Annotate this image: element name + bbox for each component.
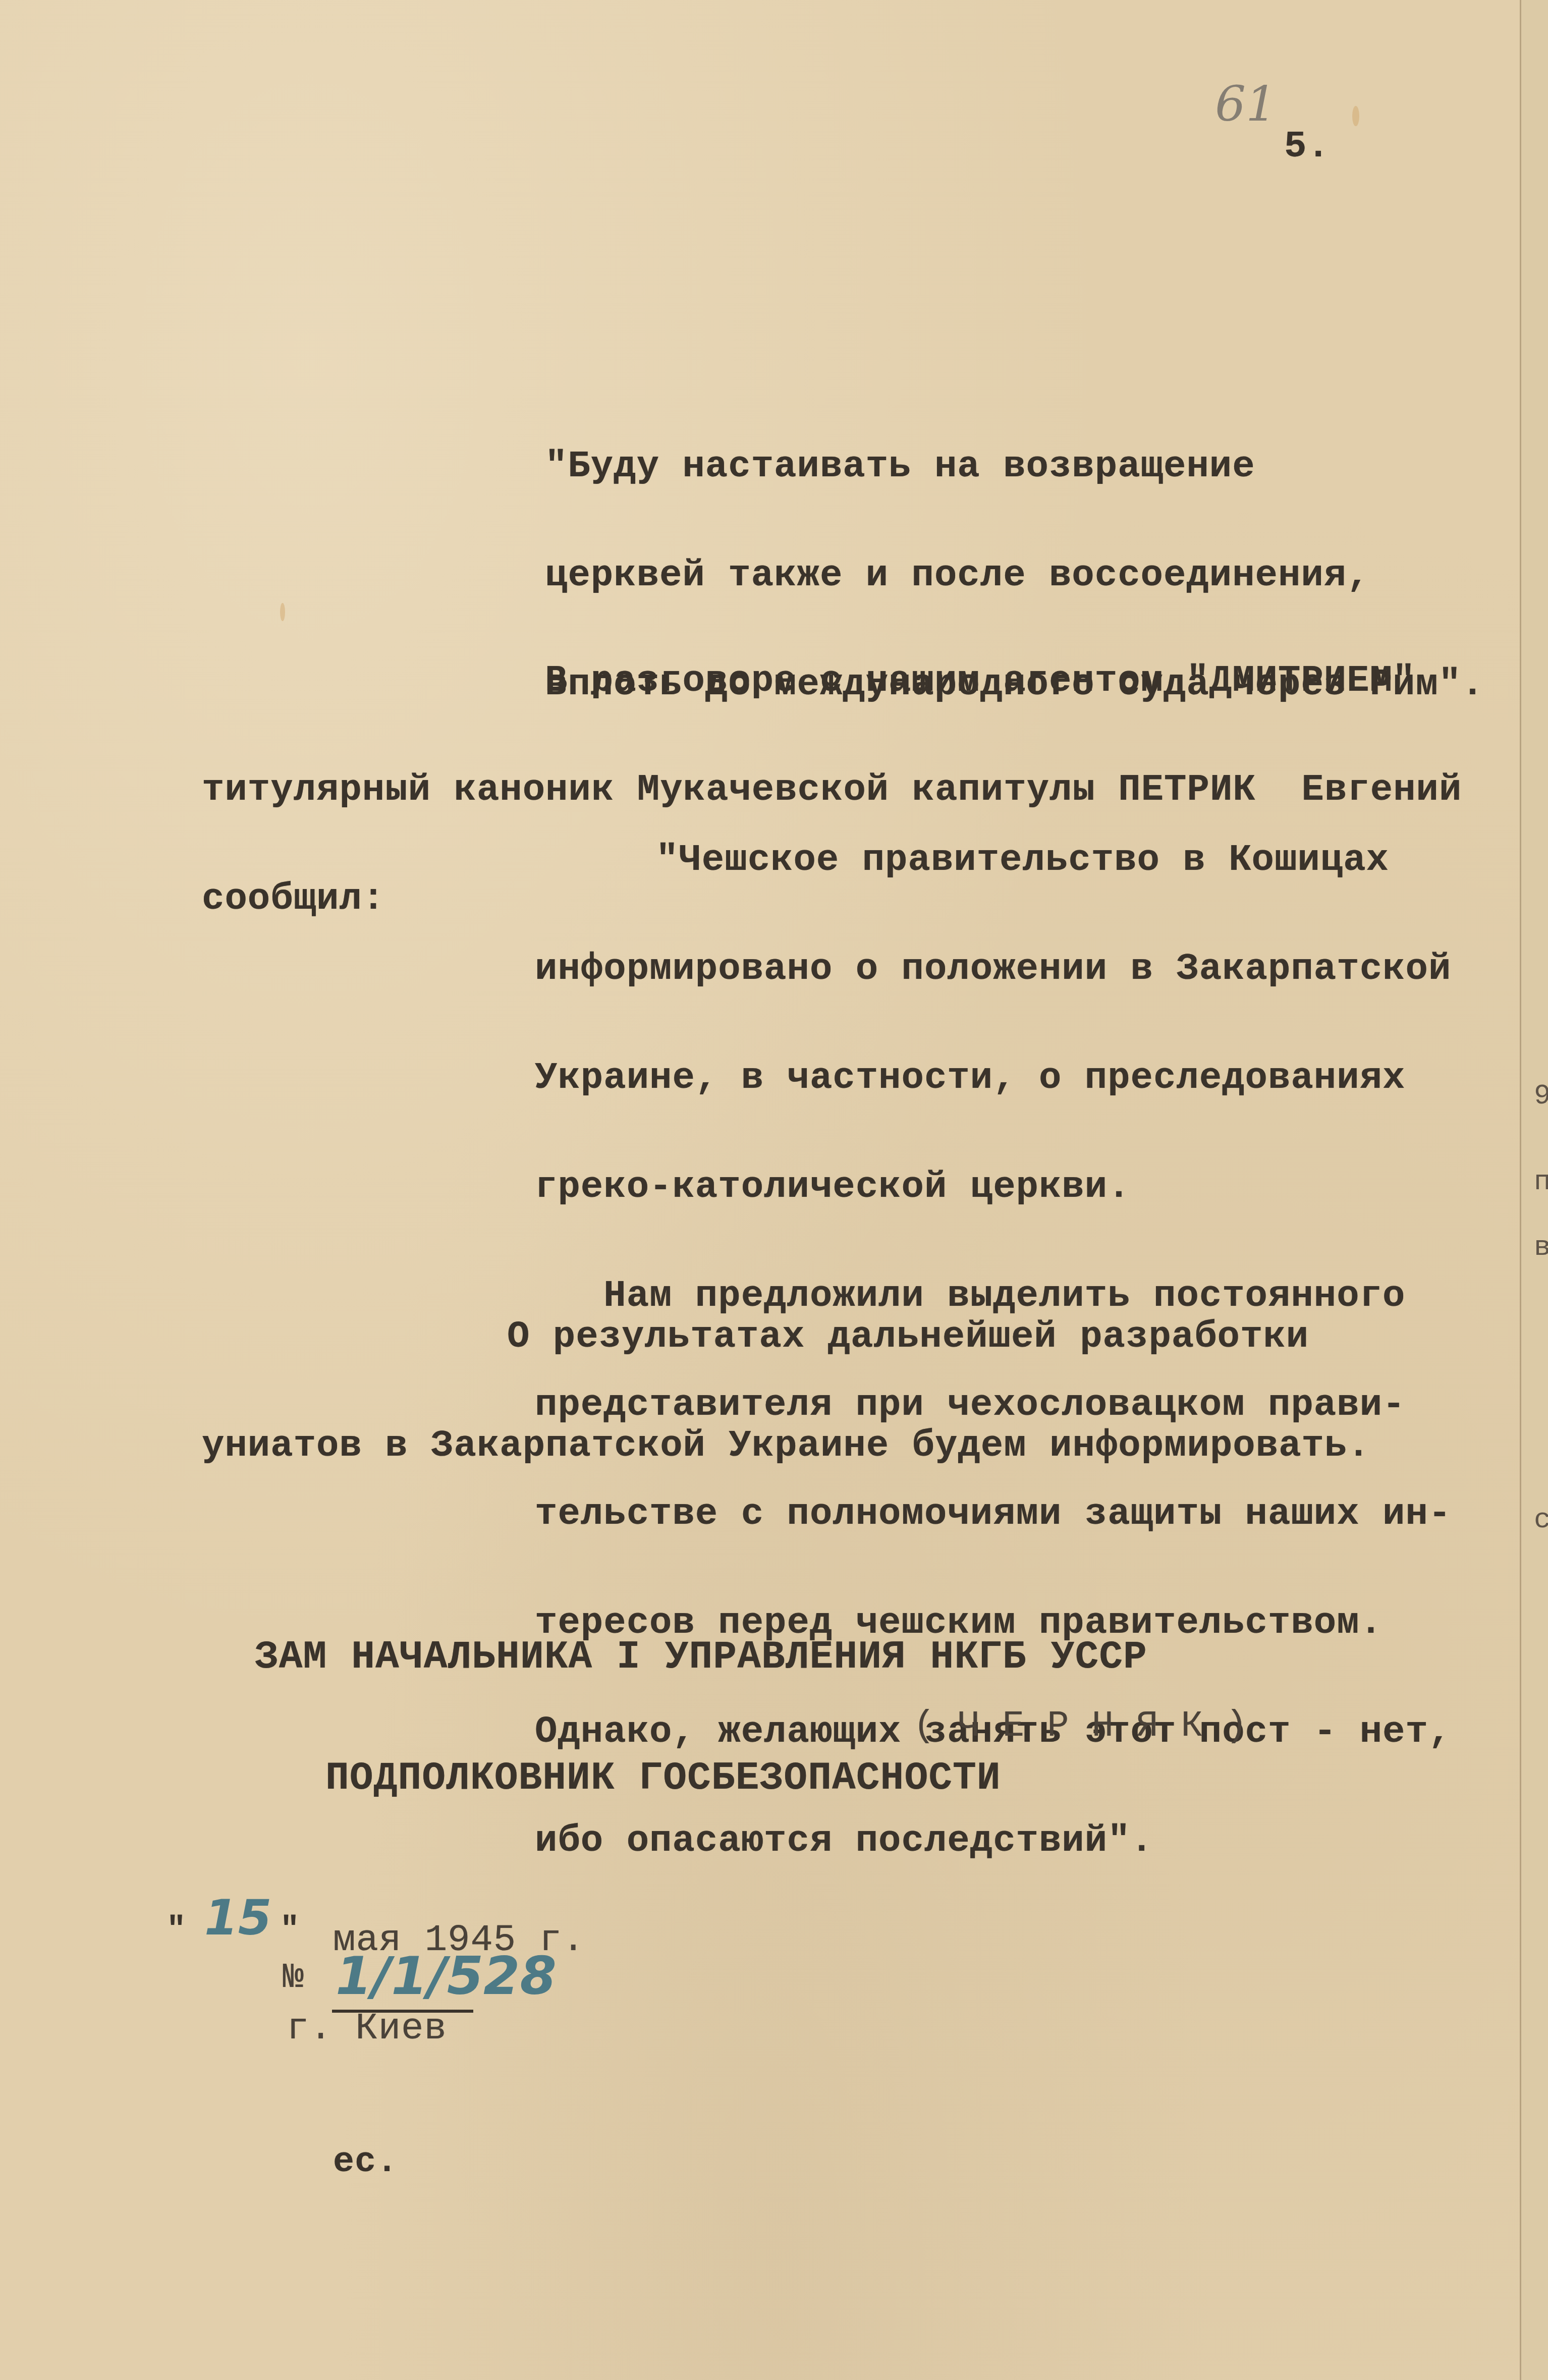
document-number-handwritten: 1/1/528 bbox=[336, 1945, 557, 2007]
margin-bleed-char: с bbox=[1534, 1504, 1548, 1536]
date-day-handwritten: 15 bbox=[204, 1890, 272, 1946]
page-number: 5. bbox=[1284, 129, 1330, 165]
quote-2-line: "Чешское правительство в Кошицах bbox=[535, 842, 1451, 878]
quote-1-line: "Буду настаивать на возвращение bbox=[545, 449, 1484, 485]
number-label: № bbox=[283, 1960, 304, 1997]
paragraph-1-line: В разговоре с нашим агентом "ДМИТРИЕМ" bbox=[202, 663, 1462, 699]
quote-1-line: церквей также и после воссоединения, bbox=[545, 558, 1484, 594]
margin-bleed-char: в bbox=[1534, 1231, 1548, 1263]
margin-bleed-char: п bbox=[1534, 1166, 1548, 1198]
fold-line bbox=[1520, 0, 1521, 2380]
date-close-quote: " bbox=[280, 1912, 300, 1949]
date-open-quote: " bbox=[167, 1912, 186, 1949]
signature-title-line-1: ЗАМ НАЧАЛЬНИКА I УПРАВЛЕНИЯ НКГБ УССР bbox=[255, 1637, 1147, 1678]
paragraph-closing: О результатах дальнейшей разработки униа… bbox=[202, 1246, 1370, 1537]
paragraph-2-line: О результатах дальнейшей разработки bbox=[202, 1319, 1370, 1355]
city: г. Киев bbox=[287, 2011, 447, 2047]
quote-2-line: информировано о положении в Закарпатской bbox=[535, 951, 1451, 987]
quote-2-line: греко-католической церкви. bbox=[535, 1169, 1451, 1205]
folio-number-handwritten: 61 bbox=[1215, 76, 1277, 132]
paper-stain bbox=[1352, 106, 1359, 126]
quote-2-line: Украине, в частности, о преследованиях bbox=[535, 1060, 1451, 1096]
paragraph-2-line: униатов в Закарпатской Украине будем инф… bbox=[202, 1428, 1370, 1464]
archival-document-page: 9 п в с 61 5. "Буду настаивать на возвра… bbox=[0, 0, 1548, 2380]
signatory-name: ( Ч Е Р Н Я К ) bbox=[913, 1708, 1248, 1744]
typist-initials: ес. bbox=[333, 2144, 398, 2181]
signature-title-line-2: ПОДПОЛКОВНИК ГОСБЕЗОПАСНОСТИ bbox=[255, 1758, 1147, 1799]
margin-bleed-char: 9 bbox=[1534, 1080, 1548, 1112]
